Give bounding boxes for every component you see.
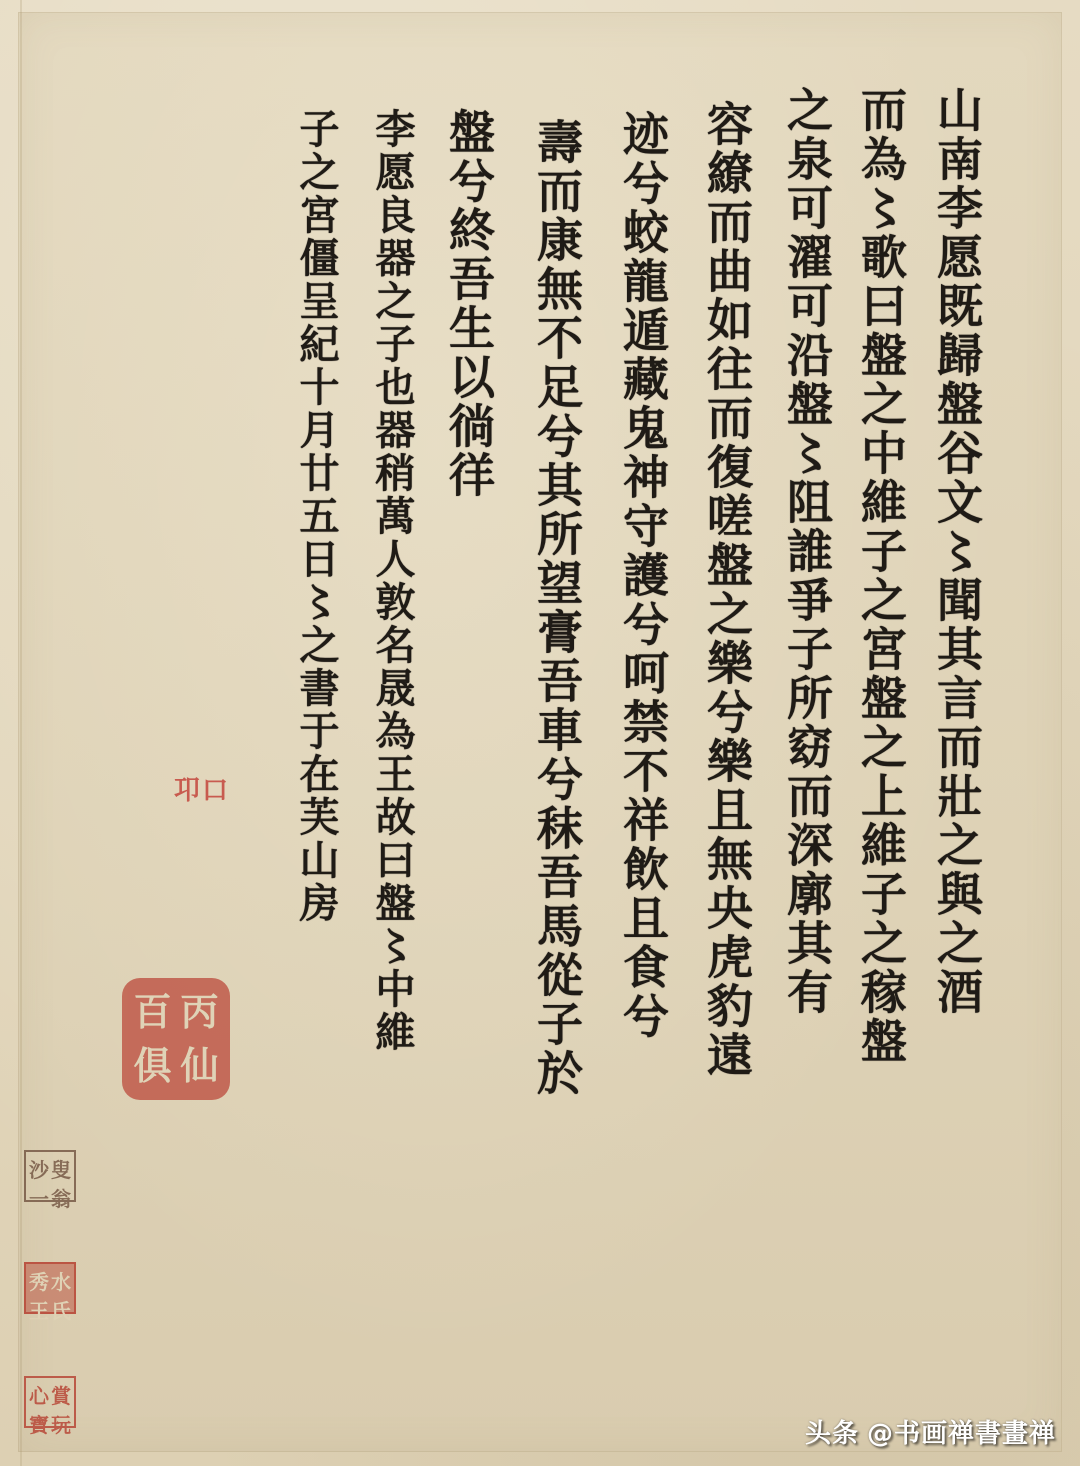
text-column-5: 迹兮蛟龍遁藏鬼神守護兮呵禁不祥飲且食兮 [620, 110, 666, 1041]
collector-seal-2: 秀 水 王 氏 [24, 1262, 76, 1314]
watermark-platform: 头条 [805, 1419, 859, 1449]
source-watermark: 头条@书画禅書畫禅 [805, 1413, 1056, 1450]
seal-char: 賞 [51, 1380, 71, 1409]
collector-seal-3: 心 賞 寶 玩 [24, 1376, 76, 1428]
mount-edge [20, 0, 22, 1466]
text-column-6: 壽而康無不足兮其所望膏吾車兮秣吾馬從子於 [534, 118, 580, 1098]
small-seal: 卭口 [168, 774, 236, 802]
seal-char: 秀 [29, 1266, 49, 1295]
seal-char: 氏 [51, 1295, 71, 1324]
large-square-seal: 百 丙 俱 仙 [122, 978, 230, 1100]
seal-char: 沙 [29, 1154, 49, 1183]
collector-seal-1: 沙 叟 一 翁 [24, 1150, 76, 1202]
text-column-7: 盤兮終吾生以徜徉 [446, 108, 492, 500]
seal-char: 寶 [29, 1409, 49, 1438]
seal-char: 翁 [51, 1183, 71, 1212]
text-column-2: 而為〻歌曰盤之中維子之宮盤之上維子之稼盤 [858, 86, 904, 1066]
text-column-1: 山南李愿既歸盤谷文〻聞其言而壯之與之酒 [934, 86, 980, 1017]
text-column-4: 容繚而曲如往而復嗟盤之樂兮樂且無央虎豹遠 [704, 100, 750, 1080]
seal-char: 丙 [177, 986, 222, 1038]
watermark-handle: @书画禅書畫禅 [867, 1419, 1056, 1449]
seal-char: 百 [130, 986, 175, 1038]
seal-char: 一 [29, 1183, 49, 1212]
seal-char: 水 [51, 1266, 71, 1295]
text-column-9: 子之宮僵呈紀十月廿五日〻之書于在芙山房 [296, 108, 336, 925]
seal-char: 玩 [51, 1409, 71, 1438]
text-column-8: 李愿良器之子也器稍萬人敦名晟為王故曰盤〻中維 [372, 108, 412, 1054]
seal-char: 仙 [177, 1040, 222, 1092]
seal-char: 叟 [51, 1154, 71, 1183]
text-column-3: 之泉可濯可沿盤〻阻誰爭子所窈而深廓其有 [784, 86, 830, 1017]
seal-char: 王 [29, 1295, 49, 1324]
seal-char: 俱 [130, 1040, 175, 1092]
seal-char: 心 [29, 1380, 49, 1409]
